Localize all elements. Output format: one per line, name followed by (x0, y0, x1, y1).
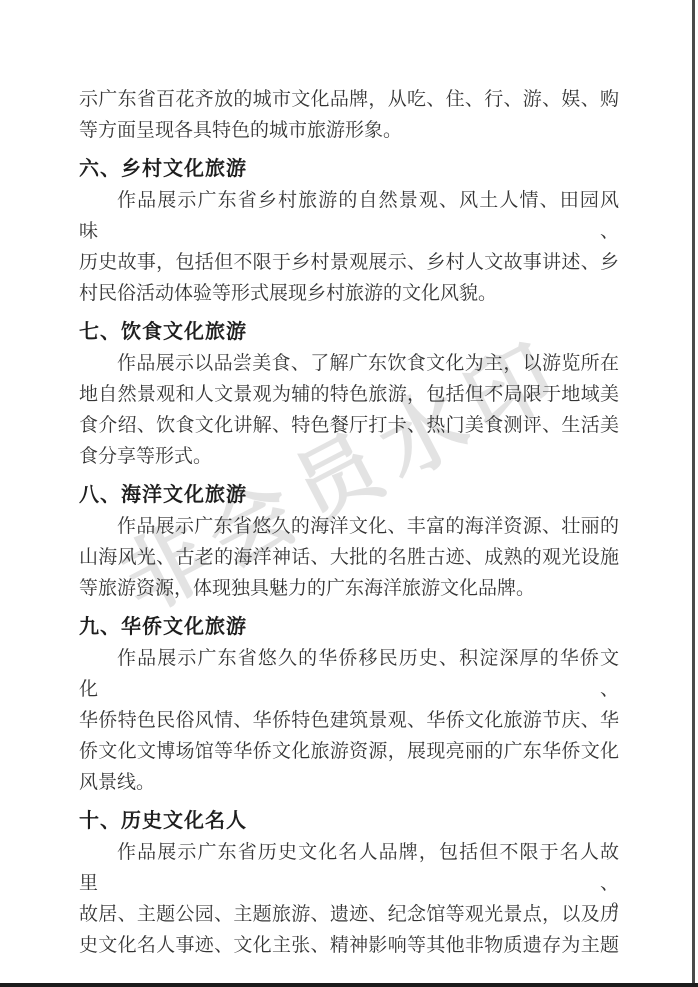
text-line: 作品展示广东省悠久的华侨移民历史、积淀深厚的华侨文化、 (79, 643, 619, 705)
section-heading: 十、历史文化名人 (79, 806, 619, 837)
text-line: 山海风光、古老的海洋神话、大批的名胜古迹、成熟的观光设施 (79, 542, 619, 573)
page-edge-right-border (692, 0, 695, 987)
text-line: 作品展示广东省历史文化名人品牌，包括但不限于名人故里、 (79, 837, 619, 899)
text-line: 等旅游资源，体现独具魅力的广东海洋旅游文化品牌。 (79, 573, 619, 604)
document-body: 示广东省百花齐放的城市文化品牌，从吃、住、行、游、娱、购等方面呈现各具特色的城市… (79, 84, 619, 961)
section-heading: 八、海洋文化旅游 (79, 480, 619, 511)
text-line: 示广东省百花齐放的城市文化品牌，从吃、住、行、游、娱、购 (79, 84, 619, 115)
text-line: 史文化名人事迹、文化主张、精神影响等其他非物质遗存为主题 (79, 930, 619, 961)
section-heading: 九、华侨文化旅游 (79, 612, 619, 643)
document-page: 非会员水印 示广东省百花齐放的城市文化品牌，从吃、住、行、游、娱、购等方面呈现各… (0, 0, 698, 987)
page-number: 9 (612, 898, 619, 916)
text-line: 食分享等形式。 (79, 441, 619, 472)
section-heading: 六、乡村文化旅游 (79, 154, 619, 185)
text-line: 作品展示以品尝美食、了解广东饮食文化为主，以游览所在 (79, 348, 619, 379)
text-line: 华侨特色民俗风情、华侨特色建筑景观、华侨文化旅游节庆、华 (79, 705, 619, 736)
text-line: 作品展示广东省悠久的海洋文化、丰富的海洋资源、壮丽的 (79, 511, 619, 542)
text-line: 等方面呈现各具特色的城市旅游形象。 (79, 115, 619, 146)
text-line: 地自然景观和人文景观为辅的特色旅游，包括但不局限于地域美 (79, 379, 619, 410)
text-line: 侨文化文博场馆等华侨文化旅游资源，展现亮丽的广东华侨文化 (79, 736, 619, 767)
text-line: 故居、主题公园、主题旅游、遗迹、纪念馆等观光景点，以及历 (79, 899, 619, 930)
text-line: 历史故事，包括但不限于乡村景观展示、乡村人文故事讲述、乡 (79, 247, 619, 278)
page-edge-bottom-border (0, 983, 698, 987)
section-heading: 七、饮食文化旅游 (79, 317, 619, 348)
text-line: 食介绍、饮食文化讲解、特色餐厅打卡、热门美食测评、生活美 (79, 410, 619, 441)
text-line: 村民俗活动体验等形式展现乡村旅游的文化风貌。 (79, 278, 619, 309)
text-line: 作品展示广东省乡村旅游的自然景观、风土人情、田园风味、 (79, 185, 619, 247)
text-line: 风景线。 (79, 767, 619, 798)
